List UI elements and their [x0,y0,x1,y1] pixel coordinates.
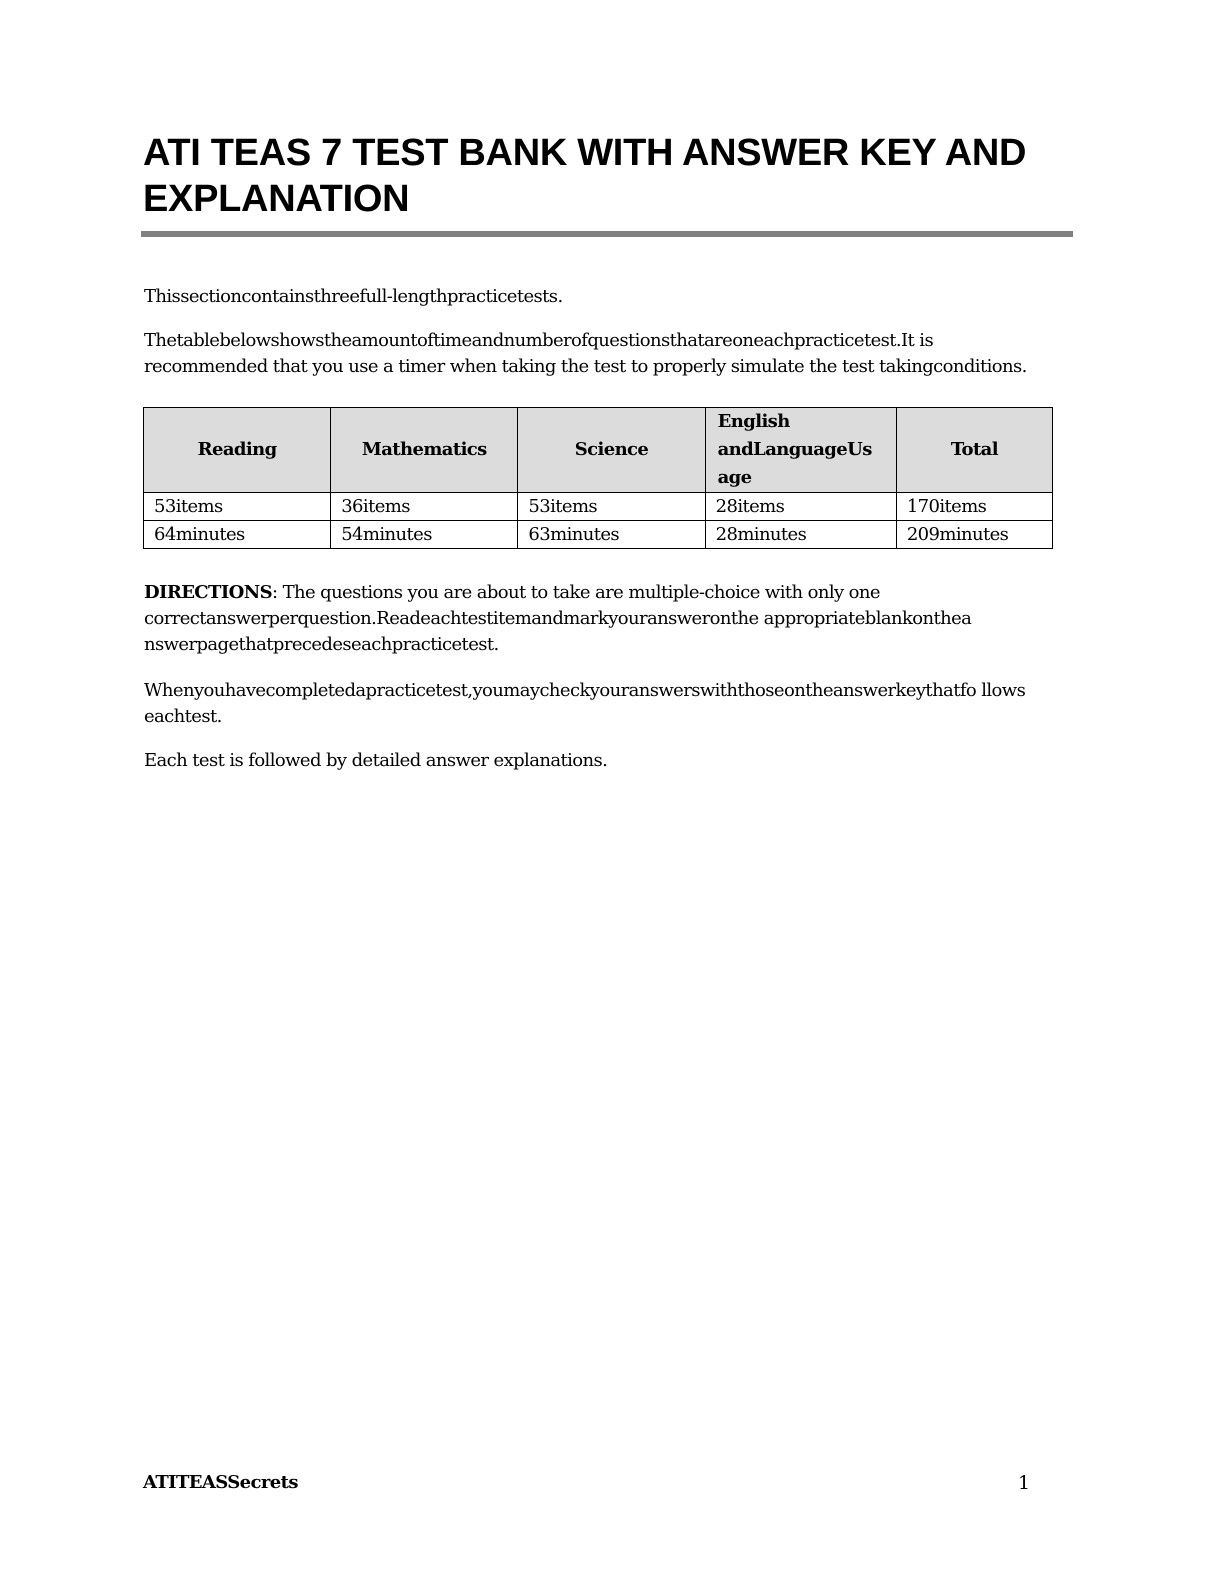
table-row: 53items 36items 53items 28items 170items [144,493,1053,521]
header-english: English andLanguageUs age [705,408,896,493]
cell: 28minutes [705,521,896,549]
cell: 209minutes [896,521,1052,549]
cell: 53items [518,493,705,521]
table-header-row: Reading Mathematics Science English andL… [144,408,1053,493]
answer-check-paragraph: Whenyouhavecompletedapracticetest,youmay… [144,678,1044,730]
test-summary-table: Reading Mathematics Science English andL… [143,407,1053,549]
directions-paragraph: DIRECTIONS: The questions you are about … [144,580,1044,658]
header-mathematics: Mathematics [331,408,518,493]
explanations-paragraph: Each test is followed by detailed answer… [144,748,1044,774]
table-row: 64minutes 54minutes 63minutes 28minutes … [144,521,1053,549]
header-total: Total [896,408,1052,493]
intro-paragraph: Thissectioncontainsthreefull-lengthpract… [144,284,1044,310]
footer-brand: ATITEASSecrets [143,1472,298,1493]
cell: 53items [144,493,331,521]
title-divider [141,231,1073,237]
cell: 64minutes [144,521,331,549]
header-science: Science [518,408,705,493]
cell: 36items [331,493,518,521]
table-intro-paragraph: Thetablebelowshowstheamountoftimeandnumb… [144,328,1044,380]
header-reading: Reading [144,408,331,493]
directions-label: DIRECTIONS [144,582,272,603]
cell: 54minutes [331,521,518,549]
document-title: ATI TEAS 7 TEST BANK WITH ANSWER KEY AND… [143,130,1083,222]
page-number: 1 [1018,1472,1030,1494]
cell: 170items [896,493,1052,521]
cell: 63minutes [518,521,705,549]
cell: 28items [705,493,896,521]
